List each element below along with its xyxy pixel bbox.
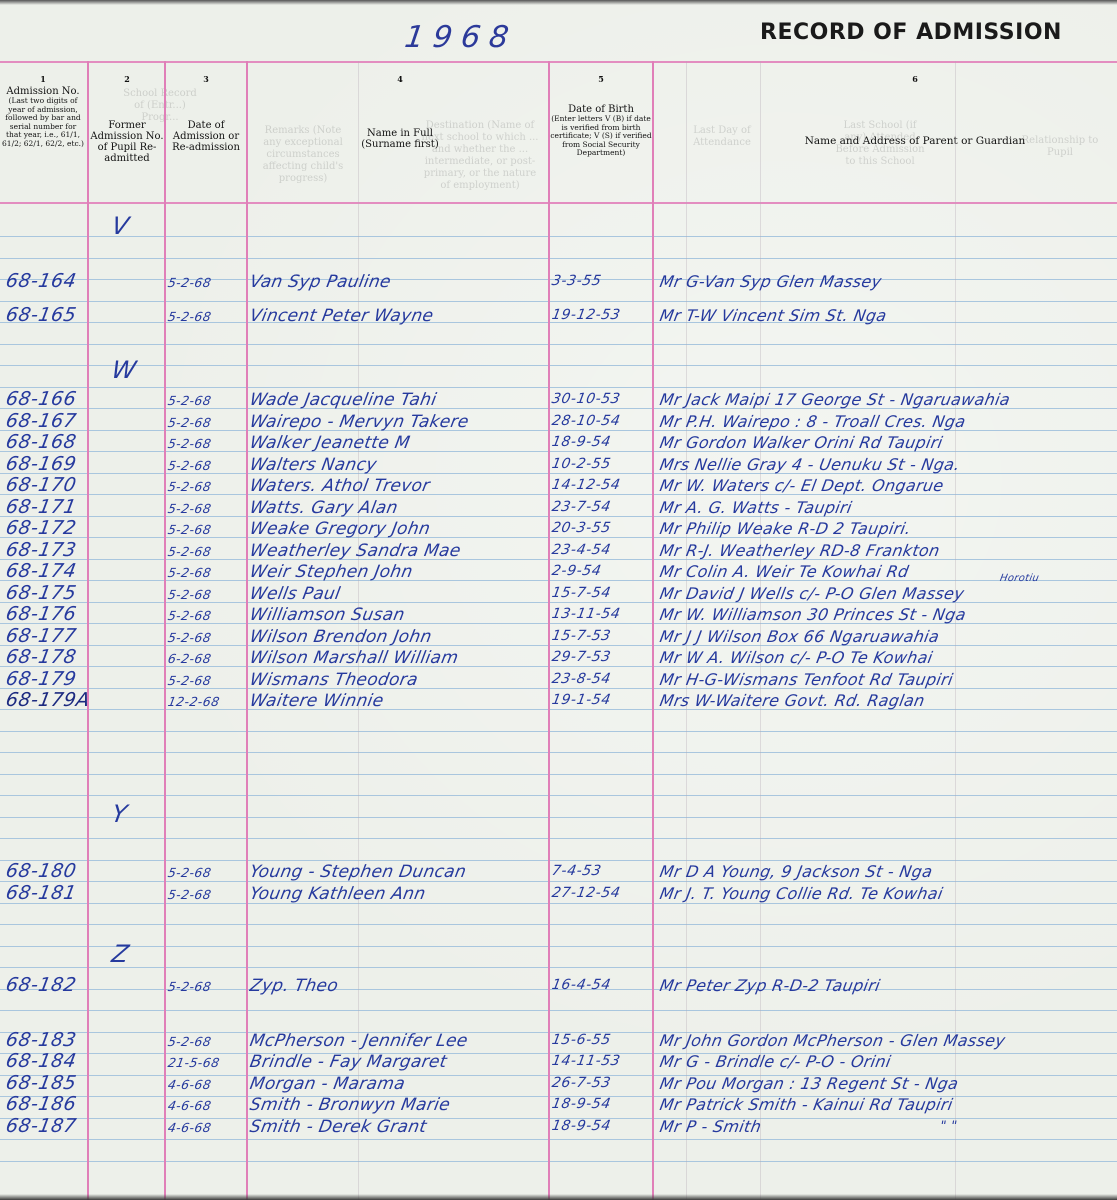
- admission-number: 68-177: [4, 625, 78, 647]
- admission-number: 68-185: [4, 1072, 78, 1094]
- pupil-name: Brindle - Fay Margaret: [248, 1052, 448, 1072]
- parent-guardian: Mr R-J. Weatherley RD-8 Frankton: [658, 541, 941, 560]
- pupil-name: Van Syp Pauline: [248, 272, 392, 292]
- parent-guardian: Mrs Nellie Gray 4 - Uenuku St - Nga.: [658, 455, 961, 474]
- scan-edge-bottom: [0, 1194, 1117, 1200]
- ruled-line: [0, 967, 1117, 968]
- admission-date: 21-5-68: [167, 1055, 221, 1070]
- pupil-name: Waters. Athol Trevor: [248, 476, 431, 496]
- parent-guardian: Mr P.H. Wairepo : 8 - Troall Cres. Nga: [658, 412, 967, 431]
- ruled-line: [0, 903, 1117, 904]
- admission-date: 5-2-68: [167, 522, 213, 537]
- pupil-name: Weir Stephen John: [248, 562, 414, 582]
- ruled-line: [0, 537, 1117, 538]
- ruled-line: [0, 838, 1117, 839]
- admission-date: 4-6-68: [167, 1098, 213, 1113]
- admission-date: 5-2-68: [167, 673, 213, 688]
- parent-guardian: Mr Gordon Walker Orini Rd Taupiri: [658, 433, 944, 452]
- admission-date: 5-2-68: [167, 608, 213, 623]
- admission-date: 5-2-68: [167, 393, 213, 408]
- ruled-line: [0, 580, 1117, 581]
- pupil-name: Williamson Susan: [248, 605, 406, 625]
- admission-date: 4-6-68: [167, 1120, 213, 1135]
- date-of-birth: 15-7-53: [551, 628, 613, 644]
- ruled-line: [0, 258, 1117, 259]
- admission-number: 68-187: [4, 1115, 78, 1137]
- date-of-birth: 30-10-53: [551, 391, 622, 407]
- ruled-line: [0, 559, 1117, 560]
- column-divider-4: [548, 61, 550, 1200]
- column-header-former-admission: 2 Former Admission No. of Pupil Re-admit…: [90, 74, 164, 164]
- parent-guardian: Mr Philip Weake R-D 2 Taupiri.: [658, 519, 912, 538]
- admission-number: 68-186: [4, 1093, 78, 1115]
- ruled-line: [0, 516, 1117, 517]
- header-bottom-rule: [0, 202, 1117, 204]
- date-of-birth: 2-9-54: [551, 563, 603, 579]
- date-of-birth: 14-12-54: [551, 477, 622, 493]
- admission-date: 5-2-68: [167, 275, 213, 290]
- ruled-line: [0, 1139, 1117, 1140]
- parent-guardian: Mr T-W Vincent Sim St. Nga: [658, 306, 888, 325]
- parent-guardian: Mr D A Young, 9 Jackson St - Nga: [658, 862, 934, 881]
- column-divider-3: [246, 61, 248, 1200]
- admission-date: 5-2-68: [167, 501, 213, 516]
- ruled-line: [0, 494, 1117, 495]
- date-of-birth: 29-7-53: [551, 649, 613, 665]
- parent-guardian: Mr Jack Maipi 17 George St - Ngaruawahia: [658, 390, 1011, 409]
- date-of-birth: 15-7-54: [551, 585, 613, 601]
- pupil-name: Morgan - Marama: [248, 1074, 406, 1094]
- admission-number: 68-173: [4, 539, 78, 561]
- pupil-name: Wilson Brendon John: [248, 627, 433, 647]
- date-of-birth: 23-8-54: [551, 671, 613, 687]
- ruled-line: [0, 924, 1117, 925]
- year-heading: 1968: [403, 20, 520, 55]
- parent-guardian: Mr G-Van Syp Glen Massey: [658, 272, 883, 291]
- date-of-birth: 14-11-53: [551, 1053, 622, 1069]
- admission-date: 5-2-68: [167, 309, 213, 324]
- parent-guardian: Mr W A. Wilson c/- P-O Te Kowhai: [658, 648, 934, 667]
- admission-number: 68-184: [4, 1050, 78, 1072]
- ruled-line: [0, 1010, 1117, 1011]
- column-divider-5: [652, 61, 654, 1200]
- admission-number: 68-169: [4, 453, 78, 475]
- date-of-birth: 20-3-55: [551, 520, 613, 536]
- ruled-line: [0, 752, 1117, 753]
- admission-date: 5-2-68: [167, 887, 213, 902]
- date-of-birth: 26-7-53: [551, 1075, 613, 1091]
- page-title: RECORD OF ADMISSION: [760, 20, 1062, 45]
- admission-date: 6-2-68: [167, 651, 213, 666]
- parent-guardian: Mr Peter Zyp R-D-2 Taupiri: [658, 976, 881, 995]
- date-of-birth: 18-9-54: [551, 1118, 613, 1134]
- date-of-birth: 27-12-54: [551, 885, 622, 901]
- date-of-birth: 23-7-54: [551, 499, 613, 515]
- pupil-name: McPherson - Jennifer Lee: [248, 1031, 469, 1051]
- ruled-line: [0, 236, 1117, 237]
- date-of-birth: 18-9-54: [551, 1096, 613, 1112]
- admission-date: 5-2-68: [167, 565, 213, 580]
- parent-guardian: Mr G - Brindle c/- P-O - Orini: [658, 1052, 892, 1071]
- admission-number: 68-171: [4, 496, 78, 518]
- admission-date: 5-2-68: [167, 865, 213, 880]
- parent-guardian: Mr P - Smith: [658, 1117, 763, 1136]
- ruled-line: [0, 946, 1117, 947]
- section-letter-w: W: [110, 356, 139, 384]
- ruled-line: [0, 860, 1117, 861]
- ditto-marks: " ": [939, 1119, 959, 1134]
- ruled-line: [0, 881, 1117, 882]
- parent-guardian: Mr J J Wilson Box 66 Ngaruawahia: [658, 627, 941, 646]
- pupil-name: Weake Gregory John: [248, 519, 432, 539]
- ruled-line: [0, 1161, 1117, 1162]
- ruled-line: [0, 731, 1117, 732]
- parent-guardian: Mr W. Williamson 30 Princes St - Nga: [658, 605, 967, 624]
- admission-date: 5-2-68: [167, 458, 213, 473]
- pupil-name: Wairepo - Mervyn Takere: [248, 412, 470, 432]
- pupil-name: Wismans Theodora: [248, 670, 419, 690]
- date-of-birth: 28-10-54: [551, 413, 622, 429]
- admission-date: 12-2-68: [167, 694, 221, 709]
- admission-number: 68-165: [4, 304, 78, 326]
- admission-date: 5-2-68: [167, 587, 213, 602]
- date-of-birth: 7-4-53: [551, 863, 603, 879]
- pupil-name: Watts. Gary Alan: [248, 498, 399, 518]
- date-of-birth: 16-4-54: [551, 977, 613, 993]
- pupil-name: Weatherley Sandra Mae: [248, 541, 462, 561]
- parent-guardian: Mr H-G-Wismans Tenfoot Rd Taupiri: [658, 670, 954, 689]
- date-of-birth: 15-6-55: [551, 1032, 613, 1048]
- ruled-line: [0, 795, 1117, 796]
- parent-guardian: Mrs W-Waitere Govt. Rd. Raglan: [658, 691, 926, 710]
- parent-guardian: Mr Colin A. Weir Te Kowhai Rd: [658, 562, 910, 581]
- admission-number: 68-167: [4, 410, 78, 432]
- column-header-date-of-admission: 3 Date of Admission or Re-admission: [166, 74, 246, 153]
- parent-guardian: Mr A. G. Watts - Taupiri: [658, 498, 853, 517]
- parent-guardian: Mr David J Wells c/- P-O Glen Massey: [658, 584, 965, 603]
- ledger-page: 1968 RECORD OF ADMISSION School Record o…: [0, 0, 1117, 1200]
- ghost-header-remarks: Remarks (Note any exceptional circumstan…: [258, 125, 348, 185]
- admission-number: 68-164: [4, 270, 78, 292]
- parent-guardian: Mr Pou Morgan : 13 Regent St - Nga: [658, 1074, 960, 1093]
- ruled-line: [0, 817, 1117, 818]
- pupil-name: Smith - Bronwyn Marie: [248, 1095, 452, 1115]
- date-of-birth: 23-4-54: [551, 542, 613, 558]
- admission-date: 4-6-68: [167, 1077, 213, 1092]
- column-header-date-of-birth: 5 Date of Birth (Enter letters V (B) if …: [550, 74, 652, 158]
- parent-annotation: Horotiu: [999, 573, 1040, 584]
- admission-number: 68-172: [4, 517, 78, 539]
- pupil-name: Wilson Marshall William: [248, 648, 460, 668]
- admission-number: 68-179A: [4, 689, 92, 711]
- ruled-line: [0, 344, 1117, 345]
- admission-number: 68-183: [4, 1029, 78, 1051]
- section-letter-y: Y: [110, 800, 130, 828]
- admission-number: 68-168: [4, 431, 78, 453]
- admission-date: 5-2-68: [167, 436, 213, 451]
- column-divider-2: [164, 61, 166, 1200]
- date-of-birth: 18-9-54: [551, 434, 613, 450]
- ruled-line: [0, 709, 1117, 710]
- ruled-line: [0, 774, 1117, 775]
- parent-guardian: Mr Patrick Smith - Kainui Rd Taupiri: [658, 1095, 954, 1114]
- ghost-header-last-day: Last Day of Attendance: [692, 125, 752, 149]
- ruled-line: [0, 301, 1117, 302]
- ruled-line: [0, 451, 1117, 452]
- admission-number: 68-175: [4, 582, 78, 604]
- admission-number: 68-182: [4, 974, 78, 996]
- pupil-name: Wells Paul: [248, 584, 342, 604]
- ruled-line: [0, 365, 1117, 366]
- column-divider-1: [87, 61, 89, 1200]
- admission-number: 68-176: [4, 603, 78, 625]
- pupil-name: Vincent Peter Wayne: [248, 306, 435, 326]
- admission-date: 5-2-68: [167, 979, 213, 994]
- admission-date: 5-2-68: [167, 479, 213, 494]
- section-letter-z: Z: [110, 940, 131, 968]
- date-of-birth: 10-2-55: [551, 456, 613, 472]
- admission-number: 68-181: [4, 882, 78, 904]
- faint-divider-4: [955, 61, 956, 1200]
- admission-date: 5-2-68: [167, 630, 213, 645]
- pupil-name: Young - Stephen Duncan: [248, 862, 468, 882]
- admission-number: 68-179: [4, 668, 78, 690]
- admission-number: 68-166: [4, 388, 78, 410]
- scan-edge-top: [0, 0, 1117, 5]
- pupil-name: Walters Nancy: [248, 455, 378, 475]
- admission-date: 5-2-68: [167, 415, 213, 430]
- column-header-admission-no: 1 Admission No. (Last two digits of year…: [2, 74, 84, 148]
- admission-number: 68-170: [4, 474, 78, 496]
- admission-number: 68-180: [4, 860, 78, 882]
- admission-date: 5-2-68: [167, 544, 213, 559]
- pupil-name: Waitere Winnie: [248, 691, 385, 711]
- ruled-line: [0, 666, 1117, 667]
- admission-date: 5-2-68: [167, 1034, 213, 1049]
- column-header-parent-guardian: 6 Name and Address of Parent or Guardian: [780, 74, 1050, 147]
- parent-guardian: Mr John Gordon McPherson - Glen Massey: [658, 1031, 1007, 1050]
- header-top-rule: [0, 61, 1117, 63]
- pupil-name: Young Kathleen Ann: [248, 884, 427, 904]
- ruled-line: [0, 387, 1117, 388]
- pupil-name: Walker Jeanette M: [248, 433, 411, 453]
- date-of-birth: 19-12-53: [551, 307, 622, 323]
- pupil-name: Wade Jacqueline Tahi: [248, 390, 438, 410]
- admission-number: 68-178: [4, 646, 78, 668]
- date-of-birth: 13-11-54: [551, 606, 622, 622]
- admission-number: 68-174: [4, 560, 78, 582]
- parent-guardian: Mr J. T. Young Collie Rd. Te Kowhai: [658, 884, 944, 903]
- date-of-birth: 19-1-54: [551, 692, 613, 708]
- pupil-name: Smith - Derek Grant: [248, 1117, 428, 1137]
- date-of-birth: 3-3-55: [551, 273, 603, 289]
- ruled-line: [0, 645, 1117, 646]
- pupil-name: Zyp. Theo: [248, 976, 340, 996]
- parent-guardian: Mr W. Waters c/- El Dept. Ongarue: [658, 476, 945, 495]
